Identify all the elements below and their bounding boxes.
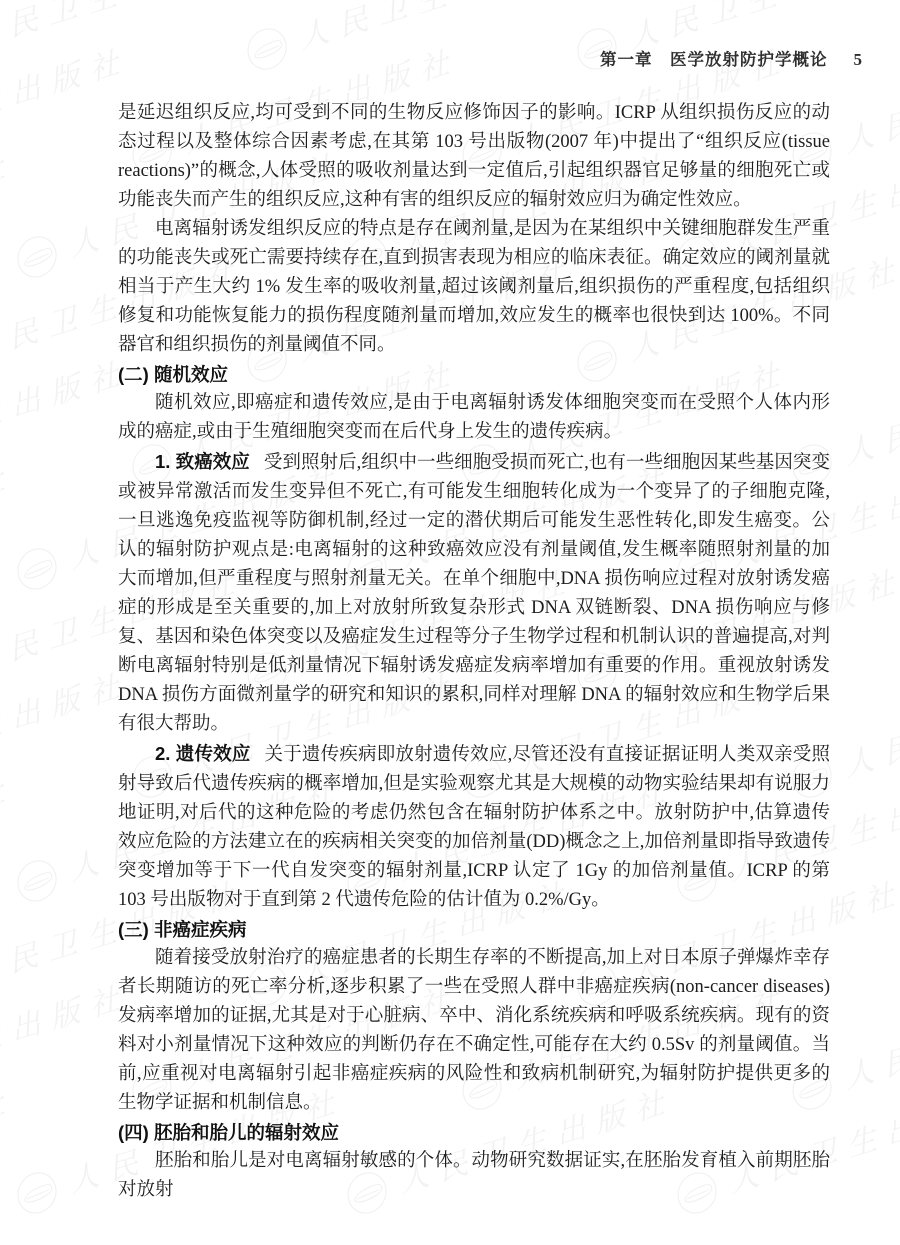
paragraph-carcinogenic-text: 受到照射后,组织中一些细胞受损而死亡,也有一些细胞因某些基因突变或被异常激活而发…: [118, 453, 830, 734]
watermark-text: 人民卫生出版社: [296, 0, 577, 57]
publisher-logo-icon: [14, 855, 60, 906]
publisher-watermark: 人民卫生出版社: [0, 0, 248, 75]
watermark-text: 人民卫生出版社: [841, 354, 900, 472]
publisher-watermark: 人民卫生出版社: [0, 1074, 18, 1218]
running-head: 第一章 医学放射防护学概论 5: [600, 46, 862, 70]
watermark-text: 人民卫生出版社: [0, 770, 17, 888]
watermark-text: 人民卫生出版社: [0, 42, 132, 160]
watermark-text: 人民卫生出版社: [0, 354, 132, 472]
paragraph-carcinogenic-effect: 1. 致癌效应受到照射后,组织中一些细胞受损而死亡,也有一些细胞因某些基因突变或…: [118, 447, 830, 739]
paragraph-embryo-fetus: 胚胎和胎儿是对电离辐射敏感的个体。动物研究数据证实,在胚胎发育植入前期胚胎对放射: [118, 1147, 830, 1205]
heading-stochastic-effects: (二) 随机效应: [118, 360, 830, 389]
watermark-text: 人民卫生出版社: [0, 0, 247, 57]
publisher-watermark: 人民卫生出版社: [0, 346, 133, 490]
publisher-logo-icon: [14, 543, 60, 594]
paragraph-hereditary-effect: 2. 遗传效应关于遗传疾病即放射遗传效应,尽管还没有直接证据证明人类双亲受照射导…: [118, 739, 830, 915]
publisher-logo-icon: [244, 23, 290, 74]
watermark-text: 人民卫生出版社: [0, 458, 17, 576]
publisher-logo-icon: [14, 231, 60, 282]
paragraph-hereditary-text: 关于遗传疾病即放射遗传效应,尽管还没有直接证据证明人类双亲受照射导致后代遗传疾病…: [118, 745, 830, 910]
watermark-text: 人民卫生出版社: [841, 666, 900, 784]
publisher-logo-icon: [14, 1167, 60, 1218]
publisher-watermark: 人民卫生出版社: [0, 762, 18, 906]
watermark-text: 人民卫生出版社: [0, 978, 132, 1096]
publisher-watermark: 人民卫生出版社: [0, 658, 133, 802]
watermark-text: 人民卫生出版社: [0, 1082, 17, 1200]
page-number: 5: [854, 50, 863, 70]
heading-non-cancer-diseases: (三) 非癌症疾病: [118, 915, 830, 944]
watermark-text: 人民卫生出版社: [0, 666, 132, 784]
paragraph-stochastic-intro: 随机效应,即癌症和遗传效应,是由于电离辐射诱发体细胞突变而在受照个人体内形成的癌…: [118, 389, 830, 447]
book-page: 人民卫生出版社人民卫生出版社人民卫生出版社人民卫生出版社人民卫生出版社人民卫生出…: [0, 0, 900, 1245]
page-body: 是延迟组织反应,均可受到不同的生物反应修饰因子的影响。ICRP 从组织损伤反应的…: [118, 99, 830, 1205]
publisher-watermark: 人民卫生出版社: [0, 970, 133, 1114]
paragraph-non-cancer: 随着接受放射治疗的癌症患者的长期生存率的不断提高,加上对日本原子弹爆炸幸存者长期…: [118, 944, 830, 1118]
publisher-watermark: 人民卫生出版社: [0, 34, 133, 178]
paragraph-threshold-dose: 电离辐射诱发组织反应的特点是存在阈剂量,是因为在某组织中关键细胞群发生严重的功能…: [118, 215, 830, 360]
publisher-watermark: 人民卫生出版社: [243, 0, 578, 75]
runin-label-carcinogenic: 1. 致癌效应: [155, 451, 250, 472]
chapter-title: 第一章 医学放射防护学概论: [600, 46, 828, 70]
publisher-watermark: 人民卫生出版社: [0, 450, 18, 594]
heading-embryo-fetus: (四) 胚胎和胎儿的辐射效应: [118, 1118, 830, 1147]
runin-label-hereditary: 2. 遗传效应: [155, 743, 251, 764]
paragraph-tissue-reactions: 是延迟组织反应,均可受到不同的生物反应修饰因子的影响。ICRP 从组织损伤反应的…: [118, 99, 830, 215]
watermark-text: 人民卫生出版社: [841, 978, 900, 1096]
watermark-text: 人民卫生出版社: [0, 146, 17, 264]
publisher-watermark: 人民卫生出版社: [0, 138, 18, 282]
